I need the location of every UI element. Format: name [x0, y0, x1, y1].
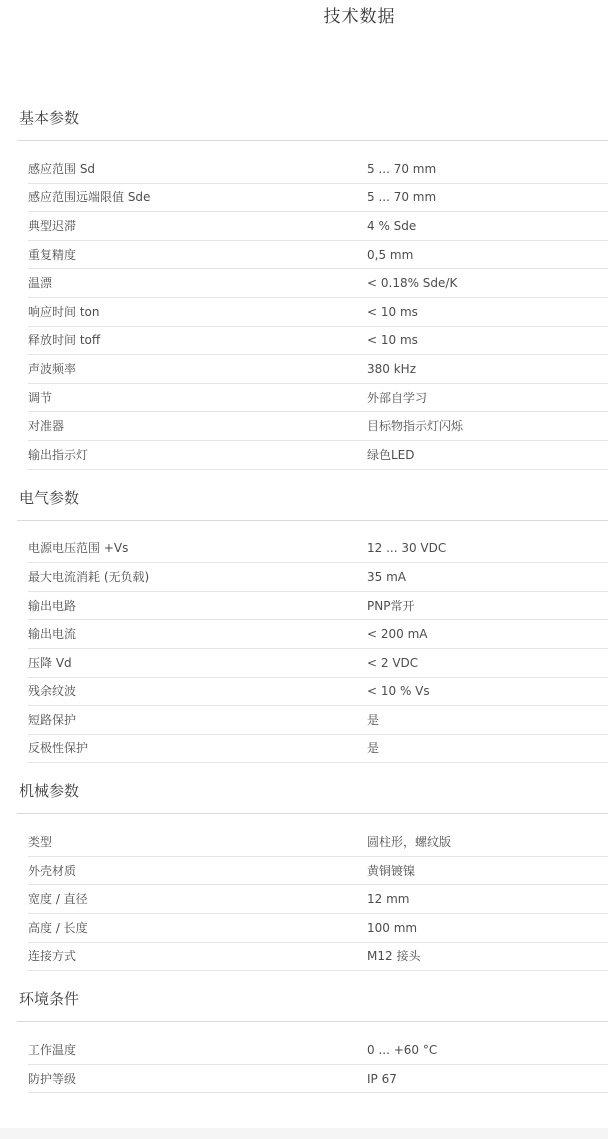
- spec-label: 外壳材质: [28, 863, 367, 879]
- spec-value: 5 ... 70 mm: [367, 189, 436, 205]
- spec-value: 5 ... 70 mm: [367, 161, 436, 177]
- table-row: 温漂< 0.18% Sde/K: [28, 269, 608, 298]
- spec-label: 反极性保护: [28, 740, 367, 756]
- spec-value: 0 ... +60 °C: [367, 1042, 437, 1058]
- table-row: 典型迟滞4 % Sde: [28, 212, 608, 241]
- spec-label: 残余纹波: [28, 683, 367, 699]
- table-row: 对准器目标物指示灯闪烁: [28, 412, 608, 441]
- section-basic-parameters: 基本参数感应范围 Sd5 ... 70 mm感应范围远端限值 Sde5 ... …: [17, 108, 608, 470]
- spec-label: 感应范围 Sd: [28, 161, 367, 177]
- spec-value: < 0.18% Sde/K: [367, 275, 457, 291]
- spec-value: 35 mA: [367, 569, 406, 585]
- footer-band: [0, 1128, 608, 1139]
- section-mechanical-parameters: 机械参数类型圆柱形，螺纹版外壳材质黄铜镀镍宽度 / 直径12 mm高度 / 长度…: [17, 781, 608, 971]
- table-row: 外壳材质黄铜镀镍: [28, 857, 608, 886]
- spec-value: 外部自学习: [367, 390, 427, 406]
- table-row: 输出电流< 200 mA: [28, 620, 608, 649]
- spec-label: 感应范围远端限值 Sde: [28, 189, 367, 205]
- section-title-electrical-parameters: 电气参数: [19, 488, 608, 508]
- table-row: 释放时间 toff< 10 ms: [28, 327, 608, 356]
- spec-value: 380 kHz: [367, 361, 416, 377]
- table-row: 电源电压范围 +Vs12 ... 30 VDC: [28, 535, 608, 564]
- spec-label: 输出电路: [28, 598, 367, 614]
- spec-value: 目标物指示灯闪烁: [367, 418, 463, 434]
- spec-value: < 10 ms: [367, 304, 418, 320]
- spec-value: 圆柱形，螺纹版: [367, 834, 451, 850]
- spec-label: 声波频率: [28, 361, 367, 377]
- spec-label: 高度 / 长度: [28, 920, 367, 936]
- spec-label: 输出电流: [28, 626, 367, 642]
- table-row: 残余纹波< 10 % Vs: [28, 678, 608, 707]
- spec-label: 工作温度: [28, 1042, 367, 1058]
- spec-table-electrical-parameters: 电源电压范围 +Vs12 ... 30 VDC最大电流消耗 (无负载)35 mA…: [28, 535, 608, 764]
- spec-label: 调节: [28, 390, 367, 406]
- table-row: 宽度 / 直径12 mm: [28, 885, 608, 914]
- spec-label: 释放时间 toff: [28, 332, 367, 348]
- table-row: 反极性保护是: [28, 735, 608, 764]
- spec-label: 短路保护: [28, 712, 367, 728]
- spec-value: 0,5 mm: [367, 247, 413, 263]
- spec-label: 防护等级: [28, 1071, 367, 1087]
- table-row: 高度 / 长度100 mm: [28, 914, 608, 943]
- table-row: 工作温度0 ... +60 °C: [28, 1036, 608, 1065]
- spec-value: M12 接头: [367, 948, 420, 964]
- technical-data-page: 技术数据 基本参数感应范围 Sd5 ... 70 mm感应范围远端限值 Sde5…: [0, 6, 608, 1093]
- spec-label: 最大电流消耗 (无负载): [28, 569, 367, 585]
- spec-value: 12 mm: [367, 891, 409, 907]
- spec-value: 是: [367, 740, 379, 756]
- spec-value: < 10 ms: [367, 332, 418, 348]
- spec-table-basic-parameters: 感应范围 Sd5 ... 70 mm感应范围远端限值 Sde5 ... 70 m…: [28, 155, 608, 470]
- section-rule: [17, 1021, 608, 1022]
- spec-value: 黄铜镀镍: [367, 863, 415, 879]
- table-row: 防护等级IP 67: [28, 1065, 608, 1094]
- spec-label: 典型迟滞: [28, 218, 367, 234]
- spec-label: 输出指示灯: [28, 447, 367, 463]
- table-row: 短路保护是: [28, 706, 608, 735]
- table-row: 重复精度0,5 mm: [28, 241, 608, 270]
- spec-label: 重复精度: [28, 247, 367, 263]
- spec-value: PNP常开: [367, 598, 414, 614]
- spec-label: 宽度 / 直径: [28, 891, 367, 907]
- spec-value: 绿色LED: [367, 447, 415, 463]
- table-row: 声波频率380 kHz: [28, 355, 608, 384]
- spec-table-mechanical-parameters: 类型圆柱形，螺纹版外壳材质黄铜镀镍宽度 / 直径12 mm高度 / 长度100 …: [28, 828, 608, 971]
- spec-value: < 2 VDC: [367, 655, 418, 671]
- section-environmental-conditions: 环境条件工作温度0 ... +60 °C防护等级IP 67: [17, 989, 608, 1093]
- spec-sections: 基本参数感应范围 Sd5 ... 70 mm感应范围远端限值 Sde5 ... …: [0, 108, 608, 1093]
- section-rule: [17, 520, 608, 521]
- table-row: 输出指示灯绿色LED: [28, 441, 608, 470]
- section-title-basic-parameters: 基本参数: [19, 108, 608, 128]
- spec-value: 4 % Sde: [367, 218, 416, 234]
- table-row: 最大电流消耗 (无负载)35 mA: [28, 563, 608, 592]
- spec-label: 连接方式: [28, 948, 367, 964]
- section-title-environmental-conditions: 环境条件: [19, 989, 608, 1009]
- spec-label: 压降 Vd: [28, 655, 367, 671]
- spec-value: < 200 mA: [367, 626, 428, 642]
- spec-value: < 10 % Vs: [367, 683, 430, 699]
- page-title: 技术数据: [0, 6, 608, 28]
- spec-label: 响应时间 ton: [28, 304, 367, 320]
- table-row: 响应时间 ton< 10 ms: [28, 298, 608, 327]
- table-row: 感应范围远端限值 Sde5 ... 70 mm: [28, 184, 608, 213]
- table-row: 感应范围 Sd5 ... 70 mm: [28, 155, 608, 184]
- table-row: 输出电路PNP常开: [28, 592, 608, 621]
- section-title-mechanical-parameters: 机械参数: [19, 781, 608, 801]
- table-row: 调节外部自学习: [28, 384, 608, 413]
- table-row: 类型圆柱形，螺纹版: [28, 828, 608, 857]
- section-electrical-parameters: 电气参数电源电压范围 +Vs12 ... 30 VDC最大电流消耗 (无负载)3…: [17, 488, 608, 764]
- spec-value: IP 67: [367, 1071, 397, 1087]
- section-rule: [17, 813, 608, 814]
- section-rule: [17, 140, 608, 141]
- spec-table-environmental-conditions: 工作温度0 ... +60 °C防护等级IP 67: [28, 1036, 608, 1093]
- table-row: 压降 Vd< 2 VDC: [28, 649, 608, 678]
- spec-label: 温漂: [28, 275, 367, 291]
- spec-label: 类型: [28, 834, 367, 850]
- spec-label: 对准器: [28, 418, 367, 434]
- spec-value: 12 ... 30 VDC: [367, 540, 446, 556]
- spec-value: 100 mm: [367, 920, 417, 936]
- table-row: 连接方式M12 接头: [28, 943, 608, 972]
- spec-value: 是: [367, 712, 379, 728]
- spec-label: 电源电压范围 +Vs: [28, 540, 367, 556]
